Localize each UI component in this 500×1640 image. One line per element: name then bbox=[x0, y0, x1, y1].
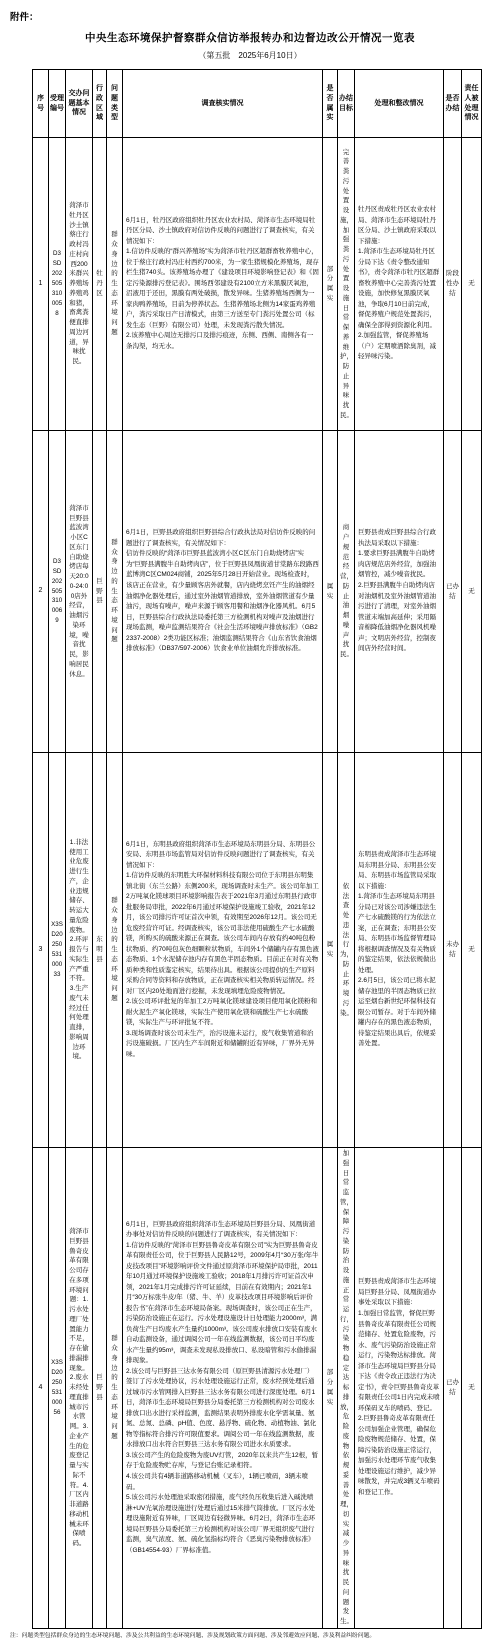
col-header-investigation: 调查核实情况 bbox=[123, 70, 323, 138]
cell-number: 2 bbox=[33, 431, 49, 753]
table-row: 4 X3SD2025053100056 菏泽市巨野县鲁奇皮革有限公司存在多项环境… bbox=[33, 1148, 482, 1629]
cell-verified: 属实 bbox=[323, 753, 338, 1148]
cell-status: 已办结 bbox=[444, 431, 462, 753]
cell-number: 4 bbox=[33, 1148, 49, 1629]
table-row: 3 X3SD2025053100033 1.非法使用工业危废进行生产，企业违规储… bbox=[33, 753, 482, 1148]
col-header-type: 问题类型 bbox=[107, 70, 123, 138]
cell-verified: 属实 bbox=[323, 431, 338, 753]
attachment-label: 附件： bbox=[10, 9, 500, 23]
col-header-number: 序号 bbox=[33, 70, 49, 138]
table-footnote: 注：问题类型包括群众身边的生态环境问题、涉及公共利益的生态环境问题、涉及规划政策… bbox=[10, 1632, 500, 1640]
col-header-region: 行政区域 bbox=[93, 70, 107, 138]
cell-number: 1 bbox=[33, 138, 49, 431]
cell-region: 牡丹区 bbox=[93, 138, 107, 431]
cell-number: 3 bbox=[33, 753, 49, 1148]
cell-action: 东明县责成菏泽市生态环境局东明县分局、东明县公安局、东明县市场监管局采取以下措施… bbox=[355, 753, 444, 1148]
col-header-accountability: 责任人被处理情况 bbox=[462, 70, 482, 138]
cell-region: 东明县 bbox=[93, 753, 107, 1148]
cell-action: 牡丹区责成牡丹区农业农村局、菏泽市生态环境局牡丹区分局、沙土镇政府采取以下措施：… bbox=[355, 138, 444, 431]
complaints-table: 序号 受理编号 交办问题基本情况 行政区域 问题类型 调查核实情况 是否属实 办… bbox=[32, 69, 482, 1629]
page-subtitle: （第五批 2025年6月10日） bbox=[0, 50, 500, 61]
cell-problem: 菏泽市牡丹区沙土镇蔡庄行政村冯庄村向西200米群兴养殖场养殖鸡和猪，畜禽粪便直排… bbox=[66, 138, 93, 431]
cell-type: 群众身边的生态环境问题 bbox=[107, 1148, 123, 1629]
document-page: 附件： 中央生态环境保护督察群众信访举报转办和边督边改公开情况一览表 （第五批 … bbox=[0, 0, 500, 1549]
page-title: 中央生态环境保护督察群众信访举报转办和边督边改公开情况一览表 bbox=[0, 30, 500, 45]
cell-accountability: 无 bbox=[462, 753, 482, 1148]
cell-case-id: X3SD2025053100033 bbox=[49, 753, 66, 1148]
cell-case-id: X3SD2025053100056 bbox=[49, 1148, 66, 1629]
cell-accountability: 无 bbox=[462, 138, 482, 431]
cell-status: 未办结 bbox=[444, 753, 462, 1148]
cell-action: 巨野县责成巨野县综合行政执法局采取以下措施： 1.要求巨野县满腹牛自助烤肉店规范… bbox=[355, 431, 444, 753]
col-header-action: 处理和整改情况 bbox=[355, 70, 444, 138]
cell-problem: 1.非法使用工业危废进行生产，企业违规储存、转运大量危险废物。2.环评报告与实际… bbox=[66, 753, 93, 1148]
table-row: 1 D3SD2025053100058 菏泽市牡丹区沙土镇蔡庄行政村冯庄村向西2… bbox=[33, 138, 482, 431]
cell-accountability: 无 bbox=[462, 431, 482, 753]
cell-case-id: D3SD2025053100069 bbox=[49, 431, 66, 753]
col-header-case-id: 受理编号 bbox=[49, 70, 66, 138]
cell-investigation: 6月1日，巨野县政府组织巨野县综合行政执法局对信访件反映的问题进行了调查核实，有… bbox=[123, 431, 323, 753]
table-row: 2 D3SD2025053100069 菏泽市巨野县蓝波湾小区C区东门自助烧烤店… bbox=[33, 431, 482, 753]
cell-type: 群众身边的生态环境问题 bbox=[107, 431, 123, 753]
col-header-verified: 是否属实 bbox=[323, 70, 338, 138]
col-header-problem: 交办问题基本情况 bbox=[66, 70, 93, 138]
cell-target: 完善粪污处置设施，加强粪污处置设施日常保养维护，防止异味扰民。 bbox=[338, 138, 355, 431]
cell-problem: 菏泽市巨野县蓝波湾小区C区东门自助烧烤店每天20:00-24:00店外经营，油烟… bbox=[66, 431, 93, 753]
cell-type: 群众身边的生态环境问题 bbox=[107, 138, 123, 431]
cell-accountability: 无 bbox=[462, 1148, 482, 1629]
cell-region: 巨野县 bbox=[93, 1148, 107, 1629]
cell-verified: 部分属实 bbox=[323, 1148, 338, 1629]
cell-verified: 部分属实 bbox=[323, 138, 338, 431]
cell-action: 巨野县责成菏泽市生态环境局巨野县分局、凤凰街道办事处采取以下措施： 1.加强日常… bbox=[355, 1148, 444, 1629]
header-row: 序号 受理编号 交办问题基本情况 行政区域 问题类型 调查核实情况 是否属实 办… bbox=[33, 70, 482, 138]
cell-status: 阶段性办结 bbox=[444, 138, 462, 431]
cell-case-id: D3SD2025053100058 bbox=[49, 138, 66, 431]
cell-target: 商户规范经营，防止油烟噪声扰民。 bbox=[338, 431, 355, 753]
cell-investigation: 6月1日，巨野县政府组织菏泽市生态环境局巨野县分局、凤凰街道办事处对信访件反映的… bbox=[123, 1148, 323, 1629]
cell-target: 依法查处违法行为，防止环境污染。 bbox=[338, 753, 355, 1148]
cell-status: 已办结 bbox=[444, 1148, 462, 1629]
col-header-status: 是否办结 bbox=[444, 70, 462, 138]
cell-type: 群众身边的生态环境问题 bbox=[107, 753, 123, 1148]
cell-problem: 菏泽市巨野县鲁奇皮革有限公司存在多项环境问题：1.污水处理厂处置能力不足，存在偷… bbox=[66, 1148, 93, 1629]
cell-region: 巨野县 bbox=[93, 431, 107, 753]
col-header-target: 办结目标 bbox=[338, 70, 355, 138]
cell-target: 加强日常监管，保障污染防治设施正常运行，污染物稳定达标排放，危险废物依规妥善处理… bbox=[338, 1148, 355, 1629]
cell-investigation: 6月1日，牡丹区政府组织牡丹区农业农村局、菏泽市生态环境局牡丹区分局、沙土镇政府… bbox=[123, 138, 323, 431]
cell-investigation: 6月1日，东明县政府组织菏泽市生态环境局东明县分局、东明县公安局、东明县市场监管… bbox=[123, 753, 323, 1148]
